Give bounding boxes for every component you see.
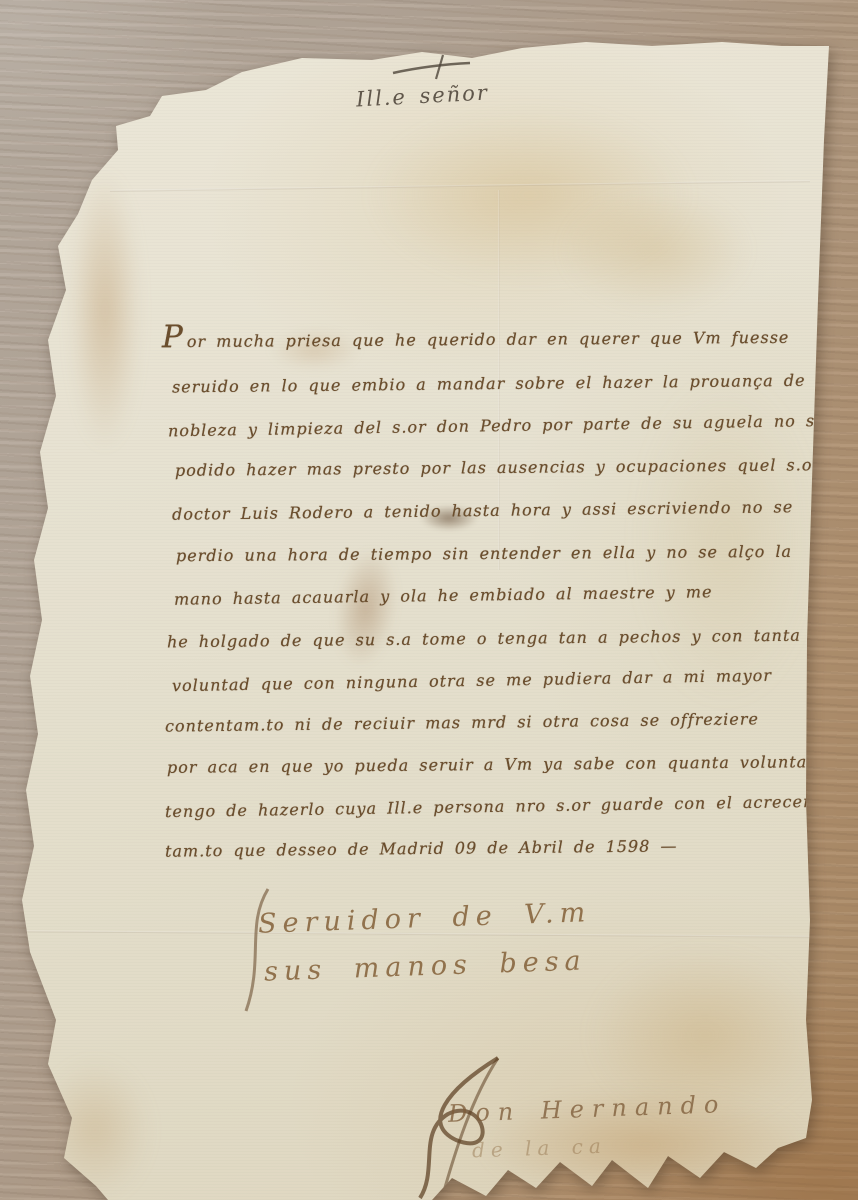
manuscript-line-11: por aca en que yo pueda seruir a Vm ya s… bbox=[167, 752, 819, 777]
cross-icon bbox=[390, 52, 474, 82]
stain-top-right bbox=[560, 190, 750, 310]
signature-partial-line: de la ca bbox=[472, 1134, 608, 1163]
salutation: Ill.e señor bbox=[355, 81, 489, 112]
manuscript-line-9: voluntad que con ninguna otra se me pudi… bbox=[172, 666, 772, 695]
manuscript-line-1: Por mucha priesa que he querido dar en q… bbox=[162, 328, 789, 351]
letter-paper-wrap: Ill.e señor Por mucha priesa que he quer… bbox=[0, 0, 858, 1200]
manuscript-line-10: contentam.to ni de reciuir mas mrd si ot… bbox=[165, 709, 759, 735]
manuscript-line-13: tam.to que desseo de Madrid 09 de Abril … bbox=[165, 836, 678, 860]
paper-sheet: Ill.e señor Por mucha priesa que he quer… bbox=[0, 0, 858, 1200]
manuscript-line-1-text: or mucha priesa que he querido dar en qu… bbox=[187, 328, 790, 351]
stain-bottom-left-edge bbox=[40, 1060, 150, 1200]
stain-left-edge bbox=[70, 170, 140, 450]
closing-line-2: sus manos besa bbox=[264, 945, 588, 987]
closing-flourish bbox=[238, 885, 274, 1015]
manuscript-line-7: mano hasta acauarla y ola he embiado al … bbox=[174, 582, 713, 609]
opening-initial: P bbox=[162, 319, 184, 355]
photo-of-letter: Ill.e señor Por mucha priesa que he quer… bbox=[0, 0, 858, 1200]
manuscript-line-12: tengo de hazerlo cuya Ill.e persona nro … bbox=[165, 792, 815, 821]
